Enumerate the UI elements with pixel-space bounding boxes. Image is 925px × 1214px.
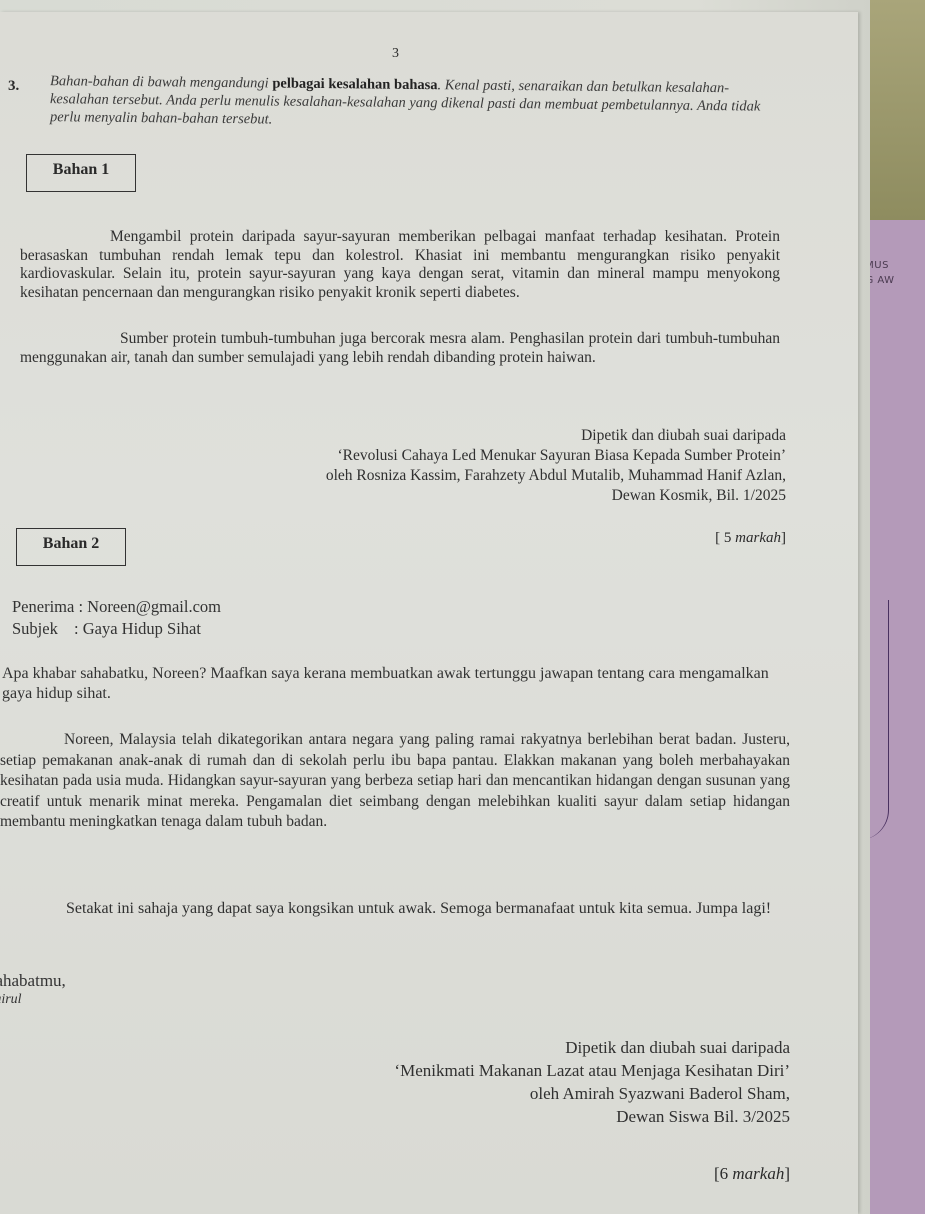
- page-number: 3: [392, 46, 399, 62]
- letter-signature: Khairul: [0, 992, 22, 1008]
- bahan-2-marks: [6 markah]: [690, 1164, 790, 1184]
- bahan-2-source: Dipetik dan diubah suai daripada ‘Menikm…: [250, 1036, 790, 1128]
- bahan-1-label: Bahan 1: [26, 154, 136, 192]
- bahan-1-marks: [ 5 markah]: [680, 530, 786, 547]
- question-number: 3.: [8, 78, 19, 95]
- email-subject: Subjek: Gaya Hidup Sihat: [12, 618, 221, 640]
- email-recipient: Penerima : Noreen@gmail.com: [12, 596, 221, 618]
- instruction-emphasis: pelbagai kesalahan bahasa: [272, 75, 437, 93]
- question-instruction: Bahan-bahan di bawah mengandungi pelbaga…: [50, 72, 785, 134]
- letter-signoff: Sahabatmu,: [0, 970, 66, 992]
- letter-closing-paragraph: Setakat ini sahaja yang dapat saya kongs…: [0, 898, 790, 919]
- bahan-1-source: Dipetik dan diubah suai daripada ‘Revolu…: [150, 426, 786, 506]
- letter-body: Noreen, Malaysia telah dikategorikan ant…: [0, 730, 790, 833]
- letter-greeting: Apa khabar sahabatku, Noreen? Maafkan sa…: [2, 664, 782, 704]
- email-header: Penerima : Noreen@gmail.com Subjek: Gaya…: [12, 596, 221, 640]
- bahan-1-paragraph-1: Mengambil protein daripada sayur-sayuran…: [20, 228, 780, 302]
- bahan-2-label: Bahan 2: [16, 528, 126, 566]
- exam-page: 3 3. Bahan-bahan di bawah mengandungi pe…: [0, 12, 858, 1214]
- bahan-1-paragraph-2: Sumber protein tumbuh-tumbuhan juga berc…: [20, 330, 780, 367]
